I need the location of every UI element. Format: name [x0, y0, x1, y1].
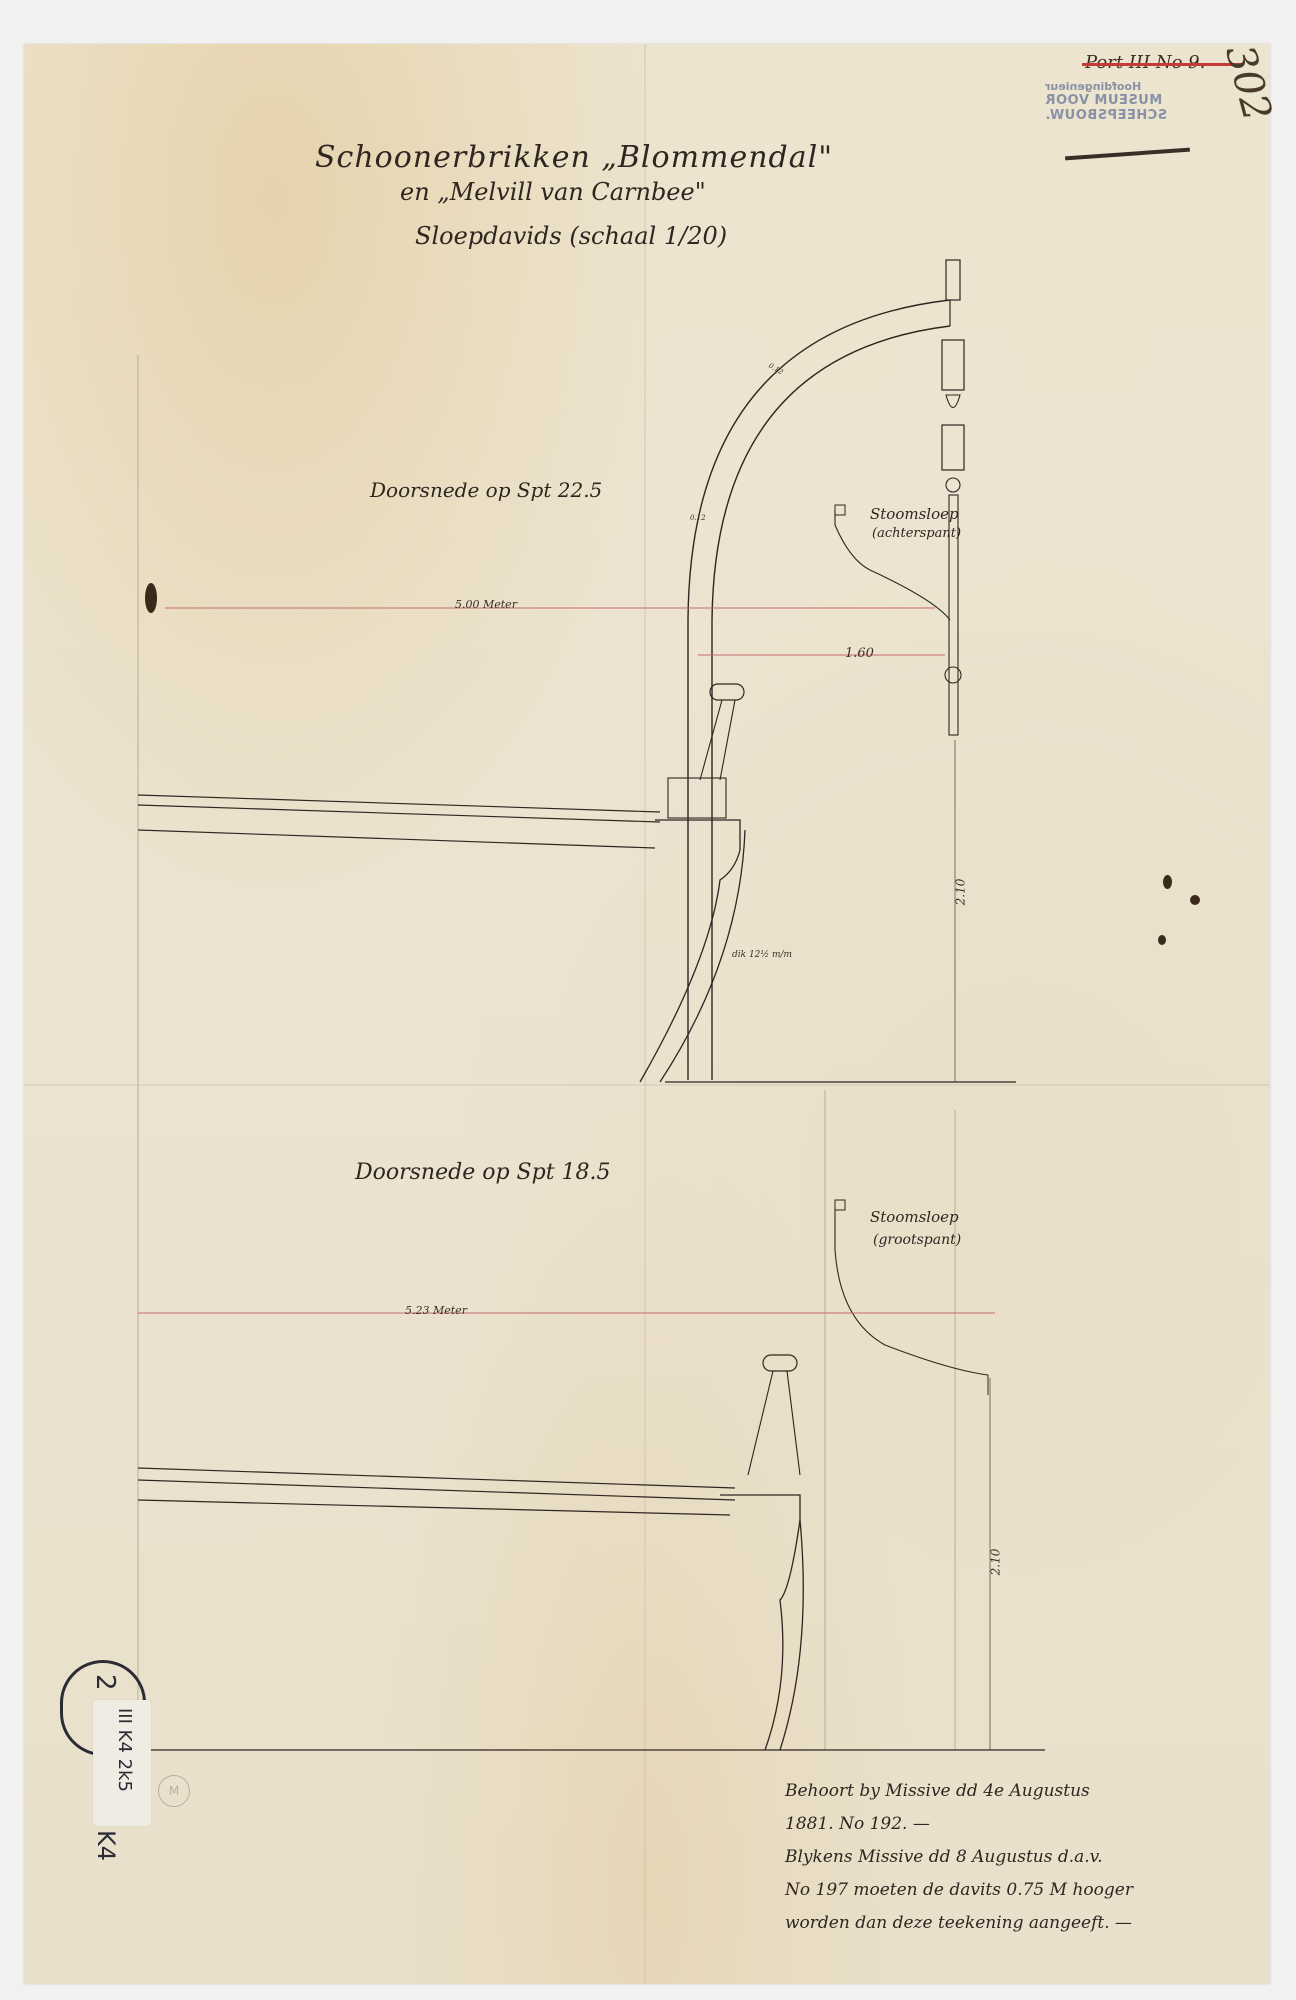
section-upper-title: Doorsnede op Spt 22.5	[370, 478, 602, 502]
ink-blot	[1163, 875, 1172, 889]
ink-blot	[1158, 935, 1166, 945]
red-strike-line	[1082, 63, 1242, 66]
technical-drawing	[0, 0, 1296, 2000]
davit-thickness-label: 0.12	[690, 514, 706, 522]
dimension-width-lower: 5.23 Meter	[405, 1304, 467, 1317]
section-lower-title: Doorsnede op Spt 18.5	[355, 1160, 611, 1185]
boat-label-upper: Stoomsloep	[870, 505, 959, 523]
annotation-line: Behoort by Missive dd 4e Augustus	[785, 1775, 1133, 1808]
dimension-height-upper: 2.10	[953, 879, 967, 906]
boat-sublabel-upper: (achterspant)	[872, 526, 961, 541]
boat-label-lower: Stoomsloep	[870, 1208, 959, 1226]
ink-blot	[145, 583, 157, 613]
plate-thickness-note: dik 12½ m/m	[732, 950, 792, 960]
archive-label: III K4 2k5 2 K4 M	[48, 1660, 128, 1960]
handwritten-annotation: Behoort by Missive dd 4e Augustus 1881. …	[785, 1775, 1133, 1940]
archive-circled-number: 2	[90, 1674, 120, 1691]
faint-stamp-circle: M	[158, 1775, 190, 1807]
dimension-width-upper: 5.00 Meter	[455, 598, 517, 611]
annotation-line: worden dan deze teekening aangeeft. —	[785, 1907, 1133, 1940]
archive-tag: III K4 2k5	[93, 1700, 151, 1826]
dimension-offset-upper: 1.60	[845, 646, 874, 661]
annotation-line: Blykens Missive dd 8 Augustus d.a.v.	[785, 1841, 1133, 1874]
annotation-line: No 197 moeten de davits 0.75 M hooger	[785, 1874, 1133, 1907]
archive-code: K4	[92, 1830, 120, 1861]
drawing-title-line1: Schoonerbrikken „Blommendal"	[315, 140, 833, 175]
stamp-line2: MUSEUM VOOR SCHEEPSBOUW.	[1045, 93, 1265, 123]
ink-blot	[1190, 895, 1200, 905]
stamp-line1: Hoofdingenieur	[1045, 80, 1265, 93]
drawing-subtitle: Sloepdavids (schaal 1/20)	[415, 222, 727, 250]
dimension-height-lower: 2.10	[988, 1549, 1002, 1576]
museum-stamp: Hoofdingenieur MUSEUM VOOR SCHEEPSBOUW.	[1045, 80, 1265, 123]
annotation-line: 1881. No 192. —	[785, 1808, 1133, 1841]
boat-sublabel-lower: (grootspant)	[873, 1232, 961, 1248]
archive-tag-text: III K4 2k5	[114, 1708, 135, 1792]
drawing-title-line2: en „Melvill van Carnbee"	[400, 178, 706, 206]
